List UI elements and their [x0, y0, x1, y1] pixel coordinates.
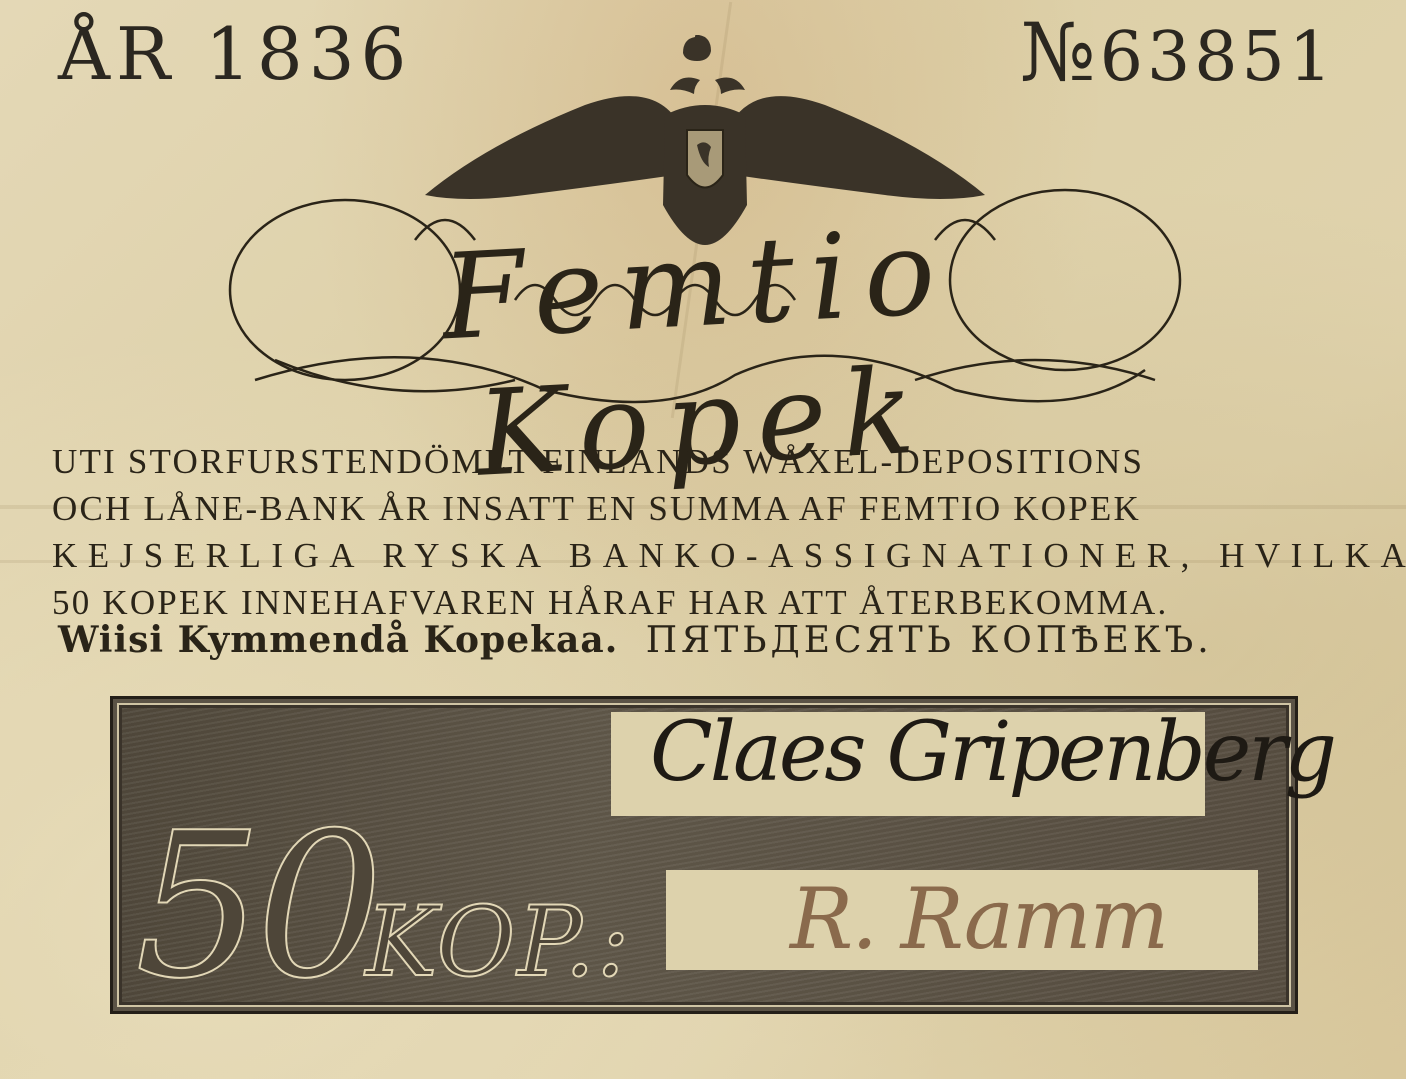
serial-number: 63851	[1100, 18, 1336, 97]
legal-text-line: UTI STORFURSTENDÖMET FINLANDS WÅXEL-DEPO…	[52, 438, 1362, 485]
signature-gripenberg: Claes Gripenberg	[650, 705, 1334, 800]
banknote: ÅR 1836 №63851 Femtio Kopek UTI STORFU	[0, 0, 1406, 1079]
year-label: ÅR 1836	[58, 12, 412, 96]
legal-text: UTI STORFURSTENDÖMET FINLANDS WÅXEL-DEPO…	[52, 438, 1362, 626]
serial-number-block: №63851	[1020, 6, 1336, 99]
denomination-mark: 50KOP.:	[135, 790, 631, 1023]
numero-sign: №	[1020, 6, 1100, 99]
translated-denomination-line: Wiisi Kymmendå Kopekaa. ПЯТЬДЕСЯТЬ КОПѢЕ…	[58, 618, 1358, 662]
denomination-numeral: 50	[135, 790, 378, 1023]
denomination-unit: KOP.:	[366, 886, 632, 998]
legal-text-line: KEJSERLIGA RYSKA BANKO-ASSIGNATIONER, HV…	[52, 532, 1362, 579]
signature-second: R. Ramm	[790, 870, 1167, 968]
finnish-denomination: Wiisi Kymmendå Kopekaa.	[58, 619, 618, 661]
russian-denomination: ПЯТЬДЕСЯТЬ КОПѢЕКЪ.	[646, 620, 1213, 661]
legal-text-line: OCH LÅNE-BANK ÅR INSATT EN SUMMA AF FEMT…	[52, 485, 1362, 532]
